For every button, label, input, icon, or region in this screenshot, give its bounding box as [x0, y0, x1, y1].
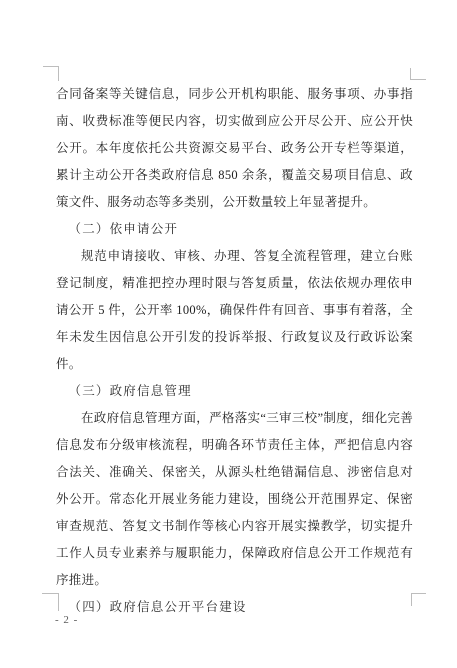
section-heading-4: （四）政府信息公开平台建设 — [56, 594, 413, 621]
text-boundary-mark-top-right — [410, 68, 426, 80]
body-paragraph-request-disclosure: 规范申请接收、审核、办理、答复全流程管理，建立台账登记制度，精准把控办理时限与答… — [56, 243, 413, 378]
text-boundary-mark-top-left — [43, 66, 59, 81]
page-number: - 2 - — [55, 612, 78, 628]
text-boundary-mark-bottom-right — [411, 593, 426, 606]
document-page: 合同备案等关键信息，同步公开机构职能、服务事项、办事指南、收费标准等便民内容，切… — [0, 0, 457, 668]
section-heading-3: （三）政府信息管理 — [56, 378, 413, 405]
body-paragraph-continued: 合同备案等关键信息，同步公开机构职能、服务事项、办事指南、收费标准等便民内容，切… — [56, 81, 413, 216]
body-paragraph-info-management: 在政府信息管理方面，严格落实“三审三校”制度，细化完善信息发布分级审核流程，明确… — [56, 405, 413, 594]
section-heading-2: （二）依申请公开 — [56, 216, 413, 243]
document-body: 合同备案等关键信息，同步公开机构职能、服务事项、办事指南、收费标准等便民内容，切… — [56, 81, 413, 621]
